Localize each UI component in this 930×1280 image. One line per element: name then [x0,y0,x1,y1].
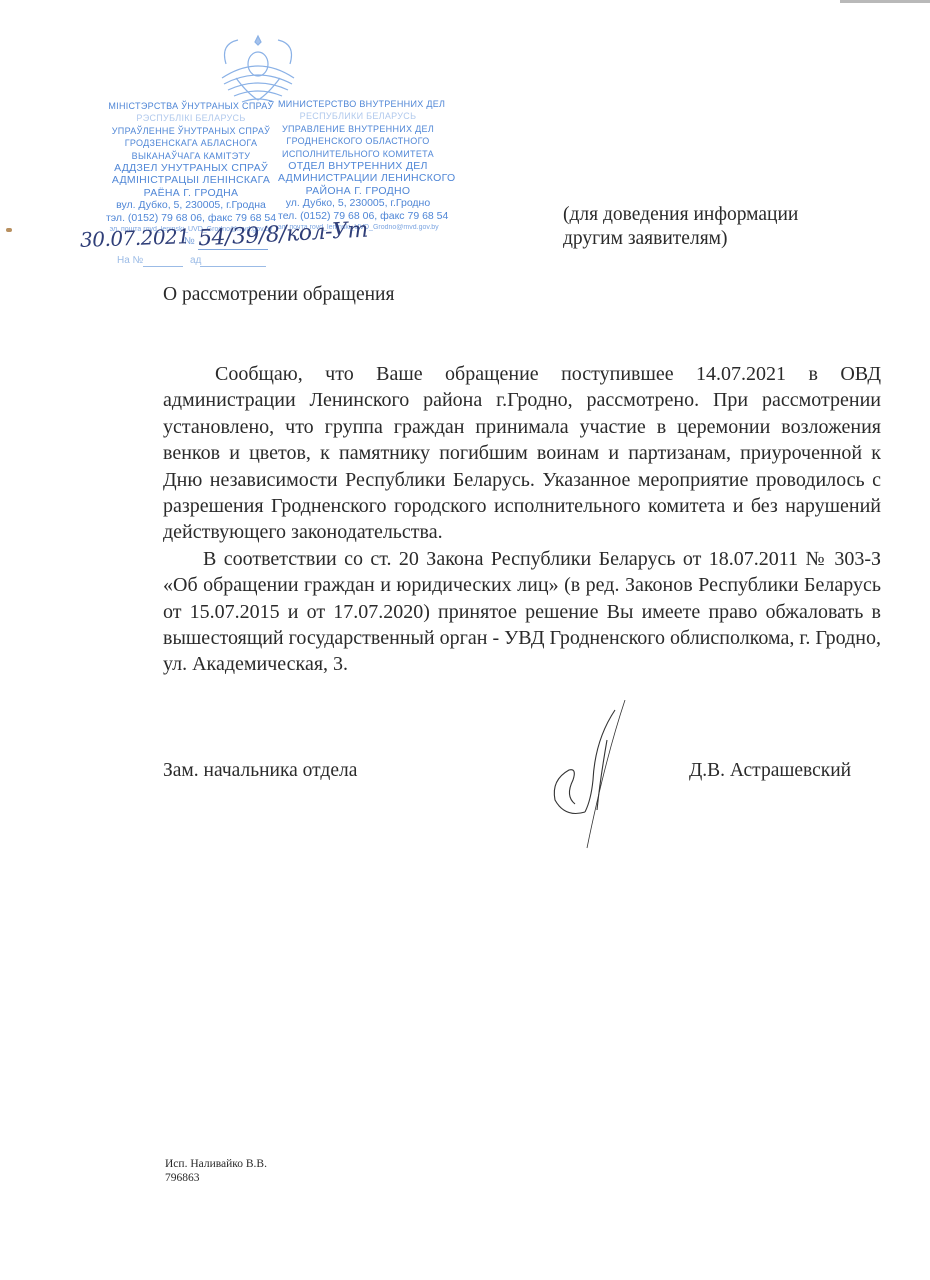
executor-name: Исп. Наливайко В.В. [165,1157,267,1171]
stamp-line: УПРАЎЛЕННЕ ЎНУТРАНЫХ СПРАЎ [106,125,276,137]
stamp-address: ул. Дубко, 5, 230005, г.Гродно [278,197,438,209]
reply-to-underline [143,266,183,267]
stamp-line: УПРАВЛЕНИЕ ВНУТРЕННИХ ДЕЛ [278,123,438,135]
stamp-line: РЭСПУБЛІКІ БЕЛАРУСЬ [106,112,276,124]
stamp-line: ИСПОЛНИТЕЛЬНОГО КОМИТЕТА [278,148,438,160]
executor-info: Исп. Наливайко В.В. 796863 [165,1157,267,1185]
letterhead-stamp-right: МИНИСТЕРСТВО ВНУТРЕННИХ ДЕЛ РЕСПУБЛИКИ Б… [278,98,438,234]
handwritten-signature [545,700,635,850]
scan-edge [840,0,930,3]
letter-body: Сообщаю, что Ваше обращение поступившее … [163,361,881,678]
stamp-line: ГРОДНЕНСКОГО ОБЛАСТНОГО [278,135,438,147]
stamp-address: вул. Дубко, 5, 230005, г.Гродна [106,199,276,211]
addressee-block: (для доведения информации другим заявите… [563,203,798,251]
stamp-line: АДМИНИСТРАЦИИ ЛЕНИНСКОГО [278,172,438,184]
signer-title: Зам. начальника отдела [163,760,357,782]
addressee-line: другим заявителям) [563,227,798,251]
body-paragraph: Сообщаю, что Ваше обращение поступившее … [163,361,881,546]
handwritten-date: 30.07.2021 [80,224,190,252]
stamp-line: АДДЗЕЛ УНУТРАНЫХ СПРАЎ [106,162,276,174]
reply-to-label: На № [117,255,143,266]
addressee-line: (для доведения информации [563,203,798,227]
stamp-line: МИНИСТЕРСТВО ВНУТРЕННИХ ДЕЛ [278,98,438,110]
stamp-line: МІНІСТЭРСТВА ЎНУТРАНЫХ СПРАЎ [106,100,276,112]
letterhead-stamp-left: МІНІСТЭРСТВА ЎНУТРАНЫХ СПРАЎ РЭСПУБЛІКІ … [106,100,276,236]
body-paragraph: В соответствии со ст. 20 Закона Республи… [163,546,881,678]
stamp-phone: тэл. (0152) 79 68 06, факс 79 68 54 [106,212,276,224]
reply-from-underline [200,266,266,267]
stamp-line: ОТДЕЛ ВНУТРЕННИХ ДЕЛ [278,160,438,172]
stamp-line: АДМІНІСТРАЦЫІ ЛЕНІНСКАГА [106,174,276,186]
scan-speck [6,228,12,232]
stamp-line: РЕСПУБЛИКИ БЕЛАРУСЬ [278,110,438,122]
letter-subject: О рассмотрении обращения [163,284,394,306]
executor-phone: 796863 [165,1171,267,1185]
stamp-line: ГРОДЗЕНСКАГА АБЛАСНОГА [106,137,276,149]
signer-name: Д.В. Астрашевский [689,760,851,782]
stamp-line: РАЁНА Г. ГРОДНА [106,187,276,199]
coat-of-arms-emblem [208,34,308,106]
stamp-line: РАЙОНА Г. ГРОДНО [278,185,438,197]
stamp-line: ВЫКАНАЎЧАГА КАМІТЭТУ [106,150,276,162]
reply-from-label: ад [190,255,201,266]
